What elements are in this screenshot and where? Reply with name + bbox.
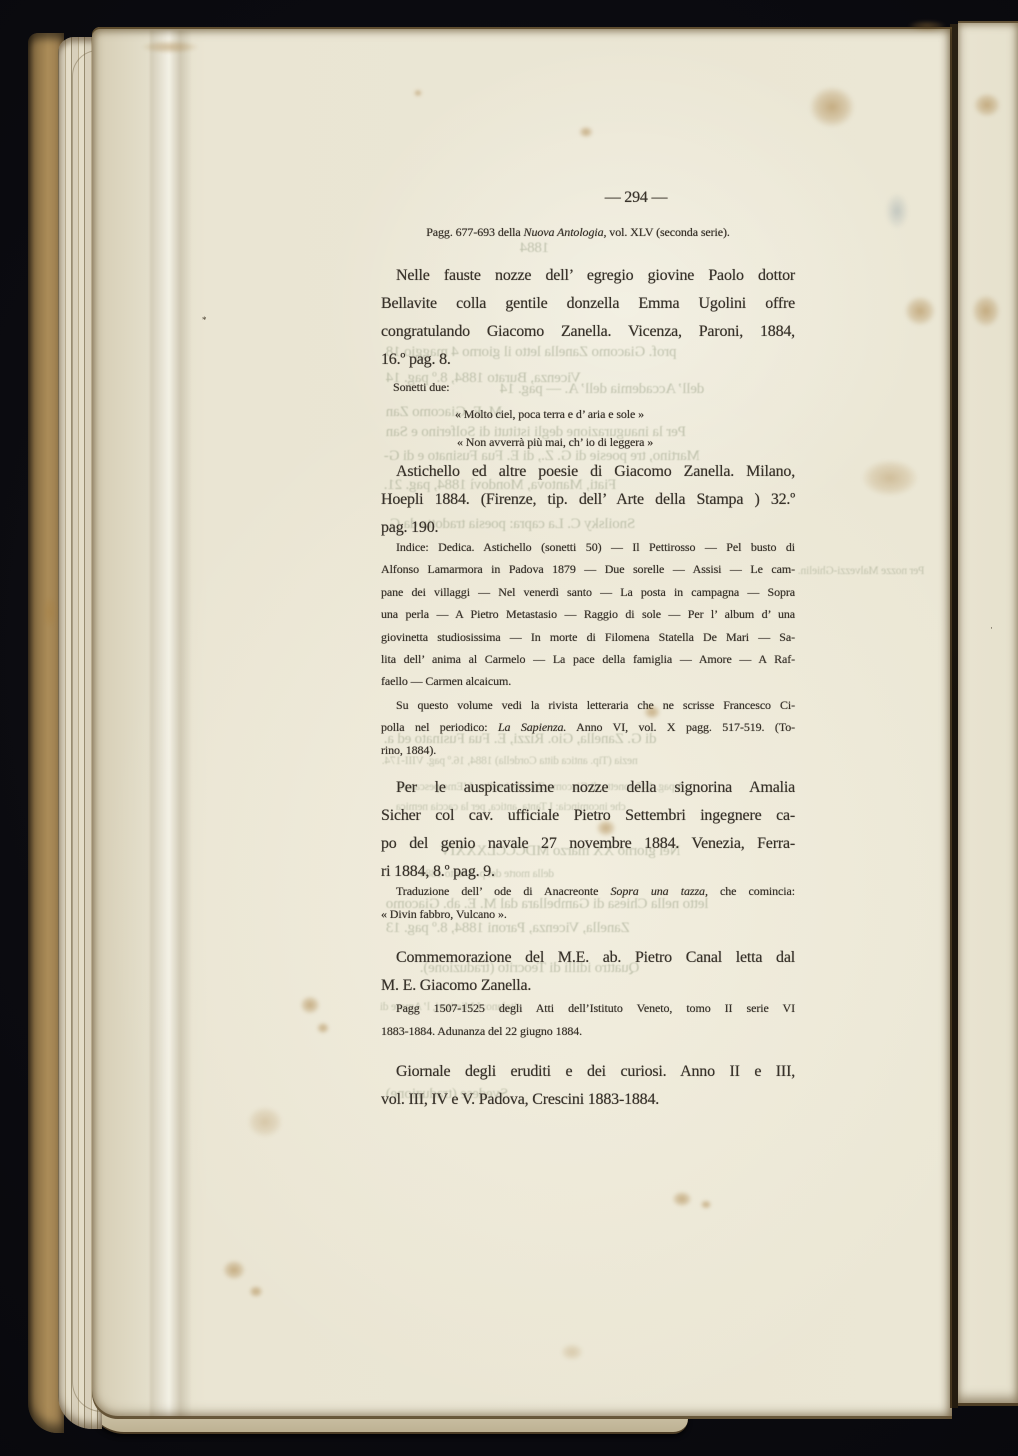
text-line: 1883-1884. Adunanza del 22 giugno 1884. [381, 1020, 795, 1043]
text-line: po del genio navale 27 novembre 1884. Ve… [381, 830, 795, 858]
text-column: — 294 —Pagg. 677-693 della Nuova Antolog… [381, 0, 795, 1456]
entry-giornale: Giornale degli eruditi e dei curiosi. An… [381, 1058, 795, 1114]
text-line: lita dell’ anima al Carmelo — La pace de… [381, 648, 795, 670]
text-line: Pagg. 677-693 della Nuova Antologia, vol… [371, 221, 785, 244]
source-note: Pagg. 677-693 della Nuova Antologia, vol… [371, 221, 785, 244]
text-line: « Divin fabbro, Vulcano ». [381, 903, 795, 926]
text-line: Traduzione dell’ ode di Anacreonte Sopra… [381, 880, 795, 903]
text-line: Su questo volume vedi la rivista lettera… [381, 694, 795, 716]
note-sonetti: Sonetti due: [393, 376, 807, 399]
text-line: Nelle fauste nozze dell’ egregio giovine… [381, 262, 795, 290]
page-gap [950, 24, 958, 1408]
quote-molto-ciel: « Molto ciel, poca terra e d’ aria e sol… [455, 403, 869, 426]
note-traduzione: Traduzione dell’ ode di Anacreonte Sopra… [381, 880, 795, 925]
entry-nozze-sicher: Per le auspicatissime nozze della signor… [381, 774, 795, 886]
text-line: 16.º pag. 8. [381, 346, 795, 374]
text-line: « Molto ciel, poca terra e d’ aria e sol… [455, 403, 869, 426]
text-line: Hoepli 1884. (Firenze, tip. dell’ Arte d… [381, 486, 795, 514]
entry-commemorazione: Commemorazione del M.E. ab. Pietro Canal… [381, 944, 795, 1000]
quote-non-avverra: « Non avverrà più mai, ch’ io di leggera… [457, 431, 871, 454]
text-line: Indice: Dedica. Astichello (sonetti 50) … [381, 536, 795, 558]
text-line: congratulando Giacomo Zanella. Vicenza, … [381, 318, 795, 346]
text-line: una perla — A Pietro Metastasio — Raggio… [381, 603, 795, 625]
text-line: « Non avverrà più mai, ch’ io di leggera… [457, 431, 871, 454]
text-line: giovinetta studiosissima — In morte di F… [381, 626, 795, 648]
text-line: vol. III, IV e V. Padova, Crescini 1883-… [381, 1086, 795, 1114]
text-line: Alfonso Lamarmora in Padova 1879 — Due s… [381, 558, 795, 580]
text-line: Sicher col cav. ufficiale Pietro Settemb… [381, 802, 795, 830]
text-line: Giornale degli eruditi e dei curiosi. An… [381, 1058, 795, 1086]
page-number: — 294 — [556, 184, 716, 212]
text-line: Bellavite colla gentile donzella Emma Ug… [381, 290, 795, 318]
entry-astichello: Astichello ed altre poesie di Giacomo Za… [381, 458, 795, 542]
entry-nozze-bellavite: Nelle fauste nozze dell’ egregio giovine… [381, 262, 795, 374]
text-line: Per le auspicatissime nozze della signor… [381, 774, 795, 802]
text-line: Pagg 1507-1525 degli Atti dell’Istituto … [381, 997, 795, 1020]
text-line: Astichello ed altre poesie di Giacomo Za… [381, 458, 795, 486]
book-scan: 1884prof. Giacomo Zanella letto il giorn… [0, 0, 1018, 1456]
text-line: rino, 1884). [381, 739, 795, 761]
page-crease [150, 30, 192, 1418]
text-line: polla nel periodico: La Sapienza. Anno V… [381, 716, 795, 738]
text-line: Commemorazione del M.E. ab. Pietro Canal… [381, 944, 795, 972]
note-sapienza: Su questo volume vedi la rivista lettera… [381, 694, 795, 761]
text-line: Sonetti due: [393, 376, 807, 399]
note-indice: Indice: Dedica. Astichello (sonetti 50) … [381, 536, 795, 693]
text-line: — 294 — [556, 184, 716, 212]
next-page-edge [958, 21, 1018, 1406]
text-line: pane dei villaggi — Nel venerdì santo — … [381, 581, 795, 603]
text-line: M. E. Giacomo Zanella. [381, 972, 795, 1000]
note-atti: Pagg 1507-1525 degli Atti dell’Istituto … [381, 997, 795, 1042]
text-line: faello — Carmen alcaicum. [381, 670, 795, 692]
